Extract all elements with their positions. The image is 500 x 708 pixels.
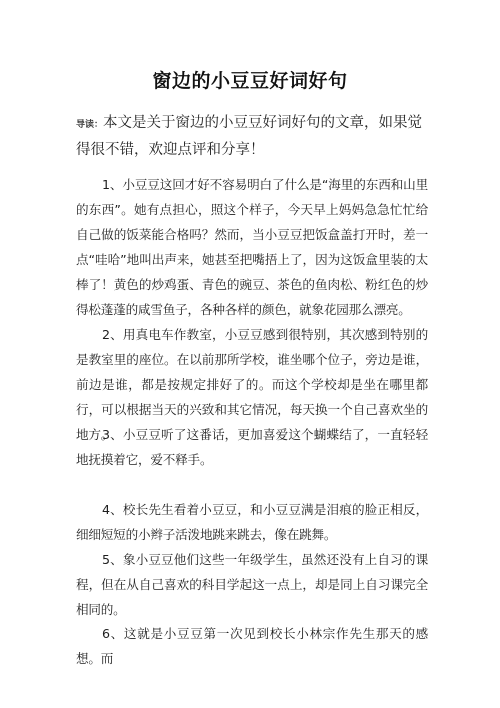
paragraph-1: 1、小豆豆这回才好不容易明白了什么是“海里的东西和山里的东西”。她有点担心，照这… (76, 172, 428, 322)
intro-lead-label: 导读： (76, 120, 103, 130)
intro-paragraph: 导读：本文是关于窗边的小豆豆好词好句的文章，如果觉得很不错，欢迎点评和分享！ (76, 111, 426, 163)
paragraph-6: 6、这就是小豆豆第一次见到校长小林宗作先生那天的感想。而 (76, 621, 428, 671)
intro-text: 本文是关于窗边的小豆豆好词好句的文章，如果觉得很不错，欢迎点评和分享！ (76, 115, 422, 158)
paragraph-5: 5、象小豆豆他们这些一年级学生，虽然还没有上自习的课程，但在从自己喜欢的科目学起… (76, 547, 428, 622)
paragraph-4: 4、校长先生看着小豆豆，和小豆豆满是泪痕的脸正相反，细细短短的小辫子活泼地跳来跳… (76, 497, 428, 547)
document-title: 窗边的小豆豆好词好句 (0, 66, 500, 93)
paragraph-3: 3、小豆豆听了这番话，更加喜爱这个蝴蝶结了，一直轻轻地抚摸着它，爱不释手。 (76, 422, 428, 472)
document-page: 窗边的小豆豆好词好句 导读：本文是关于窗边的小豆豆好词好句的文章，如果觉得很不错… (0, 0, 500, 708)
